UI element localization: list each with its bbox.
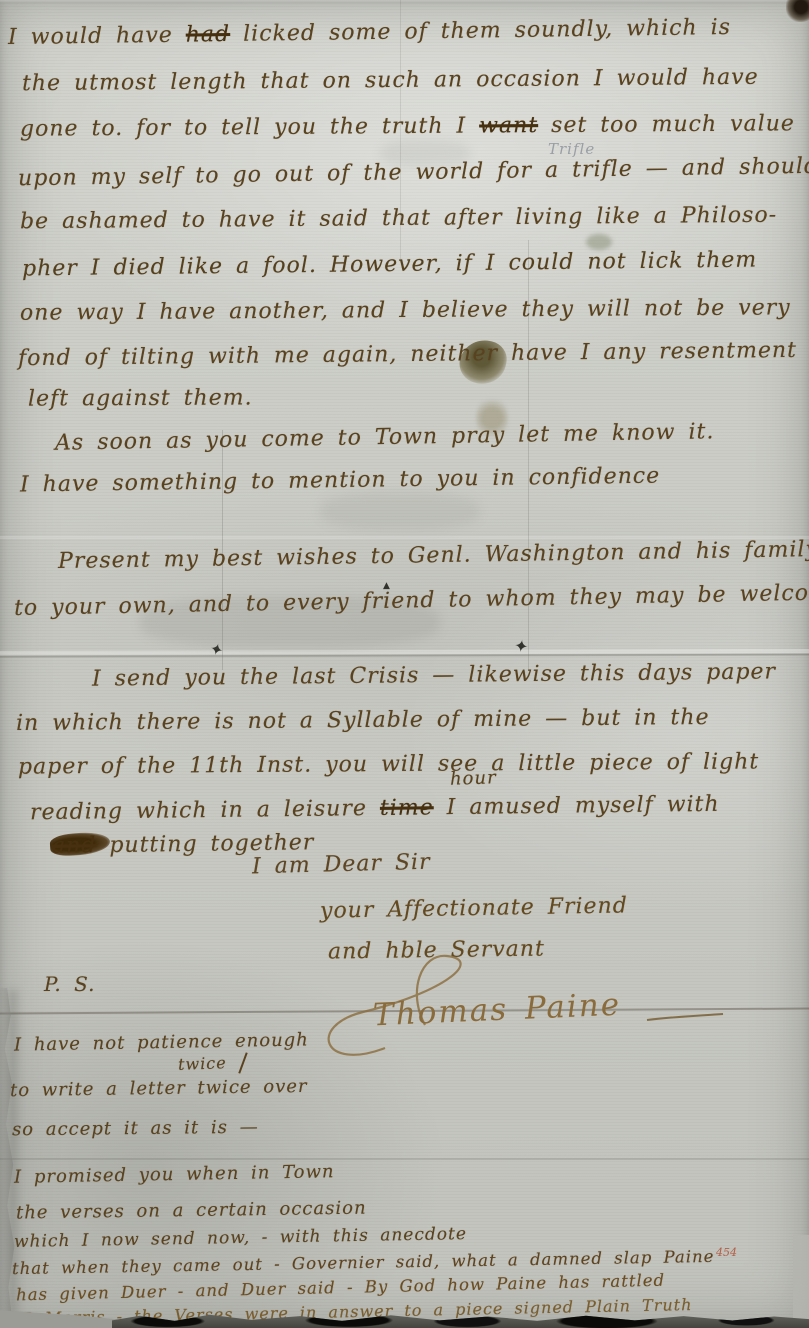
- body-line-16: paper of the 11th Inst. you will see a l…: [18, 749, 759, 779]
- struck-word-blotted: and: [52, 833, 97, 859]
- struck-word: had: [186, 22, 231, 48]
- ps-label: P. S.: [44, 972, 95, 996]
- closing-line-1: I am Dear Sir: [252, 850, 431, 880]
- bottom-right-edge: [793, 1235, 809, 1328]
- struck-word: want: [479, 113, 538, 138]
- body-line-9: left against them.: [28, 385, 253, 411]
- body-line-3-text: gone to. for to tell you the truth I: [20, 113, 479, 141]
- ps-line-2: to write a letter twice over: [10, 1076, 308, 1101]
- body-line-3-rest: set too much value: [538, 111, 795, 138]
- fold-ink-mark-right: ✦: [513, 636, 530, 658]
- insertion-hour: hour: [450, 767, 497, 790]
- ps-line-3: so accept it as it is —: [12, 1117, 259, 1141]
- body-line-1-text: I would have: [8, 23, 186, 50]
- torn-left-edge-shadow: [8, 990, 18, 1326]
- scanned-letter-page: ✦ ✦ ▲ I would have had licked some of th…: [0, 0, 809, 1328]
- body-line-17-text: reading which in a leisure: [30, 796, 380, 825]
- pencil-annotation-trifle: Trifle: [548, 140, 595, 158]
- catalog-number: 454: [716, 1246, 737, 1259]
- signature-block: Thomas Paine: [295, 950, 735, 1070]
- body-line-17-rest: I amused myself with: [434, 792, 720, 820]
- insertion-twice: twice: [178, 1053, 227, 1074]
- struck-word: time: [380, 795, 434, 821]
